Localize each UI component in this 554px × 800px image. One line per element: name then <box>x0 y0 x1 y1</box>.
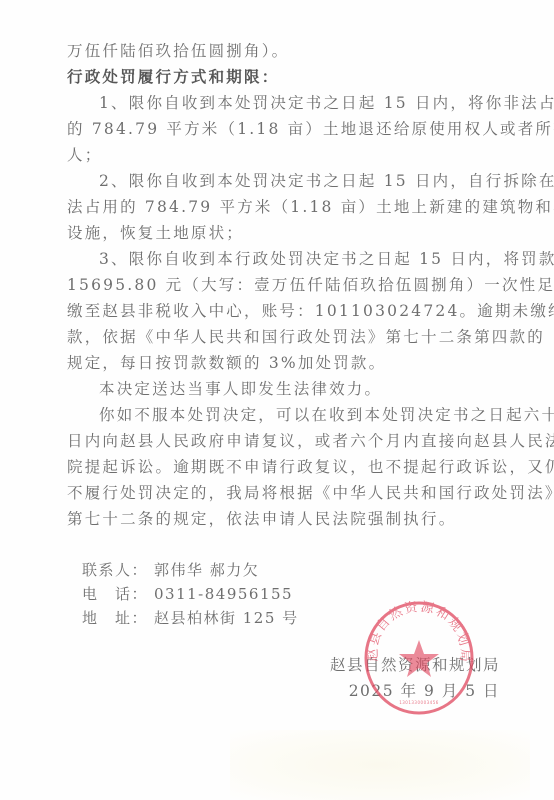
body-line: 的 784.79 平方米（1.18 亩）土地退还给原使用权人或者所有权 <box>67 116 499 142</box>
body-line: 人； <box>67 142 499 168</box>
body-line: 2、限你自收到本处罚决定书之日起 15 日内，自行拆除在非 <box>67 168 499 194</box>
body-line: 法占用的 784.79 平方米（1.18 亩）土地上新建的建筑物和其他 <box>67 194 499 220</box>
body-line: 日内向赵县人民政府申请复议，或者六个月内直接向赵县人民法 <box>67 428 499 454</box>
body-line: 规定，每日按罚款数额的 3%加处罚款。 <box>67 350 499 376</box>
body-line: 你如不服本处罚决定，可以在收到本处罚决定书之日起六十 <box>67 402 499 428</box>
contact-block: 联系人：郭伟华 郝力欠 电 话：0311-84956155 地 址：赵县柏林街 … <box>82 558 299 630</box>
section-heading: 行政处罚履行方式和期限： <box>67 64 499 90</box>
body-line: 1、限你自收到本处罚决定书之日起 15 日内，将你非法占用 <box>67 90 499 116</box>
contact-phone: 电 话：0311-84956155 <box>82 582 299 606</box>
contact-person-value: 郭伟华 郝力欠 <box>154 561 259 579</box>
body-text: 万伍仟陆佰玖拾伍圆捌角）。 行政处罚履行方式和期限： 1、限你自收到本处罚决定书… <box>67 38 499 532</box>
official-seal-icon: 赵县自然资源和规划局 1301330003456 <box>363 600 475 716</box>
body-line: 不履行处罚决定的，我局将根据《中华人民共和国行政处罚法》 <box>67 480 499 506</box>
svg-text:1301330003456: 1301330003456 <box>399 700 439 705</box>
contact-address-value: 赵县柏林街 125 号 <box>154 609 299 627</box>
body-line: 院提起诉讼。逾期既不申请行政复议，也不提起行政诉讼，又仍 <box>67 454 499 480</box>
body-line: 15695.80 元（大写：壹万伍仟陆佰玖拾伍圆捌角）一次性足额 <box>67 272 499 298</box>
contact-phone-label: 电 话： <box>82 582 154 606</box>
body-line: 3、限你自收到本行政处罚决定书之日起 15 日内，将罚款 <box>67 246 499 272</box>
body-line: 万伍仟陆佰玖拾伍圆捌角）。 <box>67 38 499 64</box>
contact-address: 地 址：赵县柏林街 125 号 <box>82 606 299 630</box>
contact-person: 联系人：郭伟华 郝力欠 <box>82 558 299 582</box>
body-line: 缴至赵县非税收入中心，账号：101103024724。逾期未缴纳罚 <box>67 298 499 324</box>
contact-phone-value: 0311-84956155 <box>154 585 293 603</box>
contact-person-label: 联系人： <box>82 558 154 582</box>
body-line: 第七十二条的规定，依法申请人民法院强制执行。 <box>67 506 499 532</box>
contact-address-label: 地 址： <box>82 606 154 630</box>
body-line: 本决定送达当事人即发生法律效力。 <box>67 376 499 402</box>
paper-tint <box>230 730 530 800</box>
body-line: 款，依据《中华人民共和国行政处罚法》第七十二条第四款的 <box>67 324 499 350</box>
body-line: 设施，恢复土地原状； <box>67 220 499 246</box>
document-page: 万伍仟陆佰玖拾伍圆捌角）。 行政处罚履行方式和期限： 1、限你自收到本处罚决定书… <box>0 0 554 800</box>
